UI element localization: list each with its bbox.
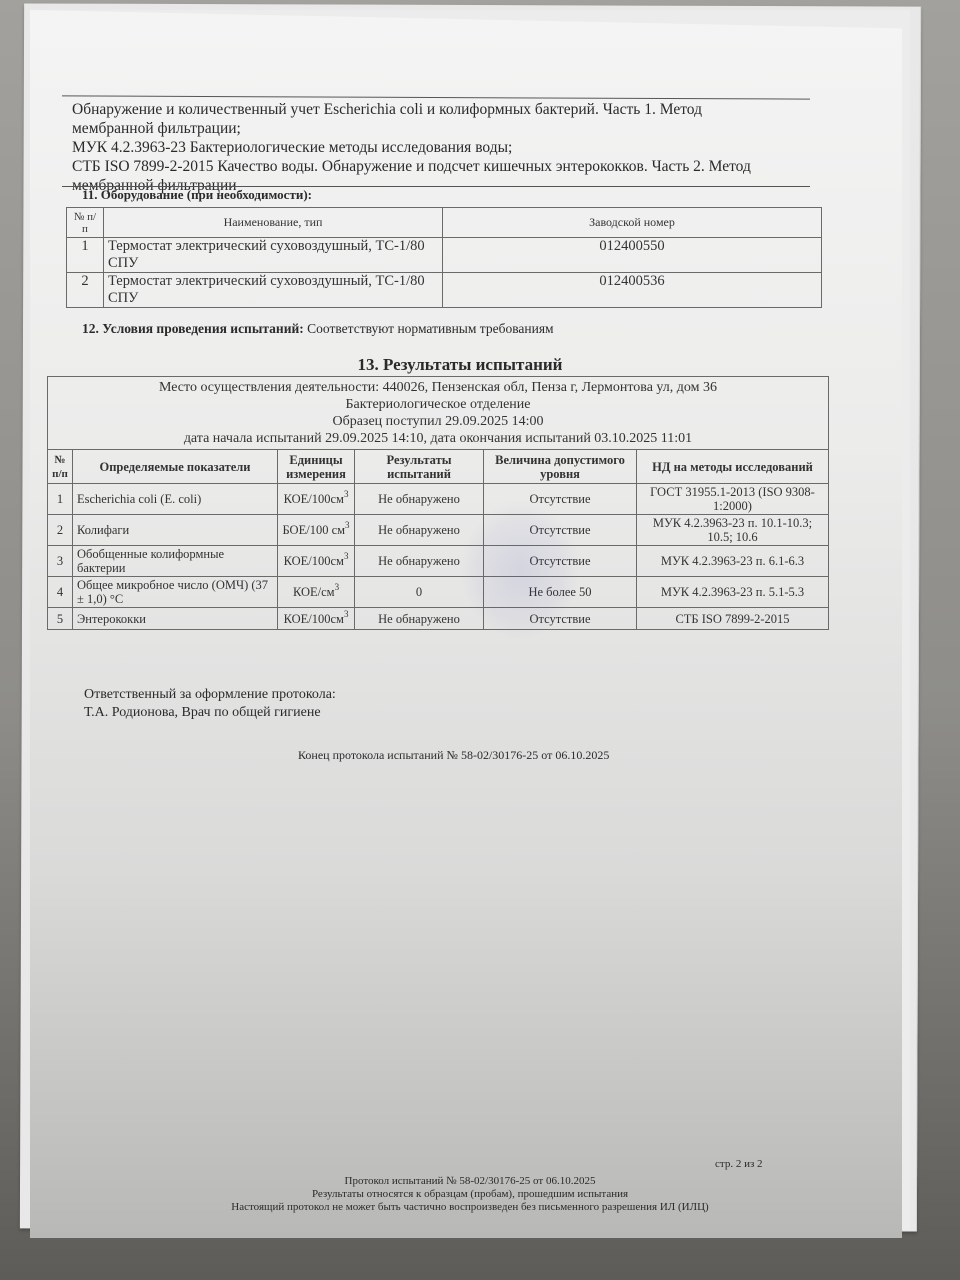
row-method: МУК 4.2.3963-23 п. 10.1-10.3; 10.5; 10.6 <box>637 515 829 546</box>
footer-note-1: Результаты относятся к образцам (пробам)… <box>30 1188 910 1201</box>
row-unit: КОЕ/100см3 <box>278 484 355 515</box>
row-method: СТБ ISO 7899-2-2015 <box>637 608 829 630</box>
methods-line-1: Обнаружение и количественный учет Escher… <box>72 100 772 138</box>
row-unit: КОЕ/100см3 <box>278 608 355 630</box>
eq-serial: 012400536 <box>443 273 822 308</box>
table-row: 3 Обобщенные колиформные бактерии КОЕ/10… <box>48 546 829 577</box>
row-indicator: Энтерококки <box>73 608 278 630</box>
row-limit: Отсутствие <box>484 546 637 577</box>
info-sample-received: Образец поступил 29.09.2025 14:00 <box>52 413 824 430</box>
conditions-label: 12. Условия проведения испытаний: <box>82 321 304 336</box>
results-info: Место осуществления деятельности: 440026… <box>48 377 829 450</box>
row-unit: БОЕ/100 см3 <box>278 515 355 546</box>
row-unit: КОЕ/100см3 <box>278 546 355 577</box>
info-department: Бактериологическое отделение <box>52 396 824 413</box>
row-limit: Не более 50 <box>484 577 637 608</box>
eq-serial: 012400550 <box>443 238 822 273</box>
responsible-person: Т.А. Родионова, Врач по общей гигиене <box>84 703 321 722</box>
row-result: Не обнаружено <box>355 546 484 577</box>
eq-num: 1 <box>67 238 104 273</box>
table-row: 1 Escherichia coli (E. coli) КОЕ/100см3 … <box>48 484 829 515</box>
col-name: Наименование, тип <box>104 208 443 238</box>
row-method: МУК 4.2.3963-23 п. 6.1-6.3 <box>637 546 829 577</box>
col-unit: Единицы измерения <box>278 450 355 484</box>
row-result: Не обнаружено <box>355 608 484 630</box>
conditions-value: Соответствуют нормативным требованиям <box>307 321 553 336</box>
row-limit: Отсутствие <box>484 515 637 546</box>
table-row: 2 Термостат электрический суховоздушный,… <box>67 273 822 308</box>
info-test-dates: дата начала испытаний 29.09.2025 14:10, … <box>52 430 824 447</box>
table-row: 4 Общее микробное число (ОМЧ) (37 ± 1,0)… <box>48 577 829 608</box>
responsible-label: Ответственный за оформление протокола: <box>84 685 336 704</box>
top-rule <box>62 95 810 99</box>
col-num: № п/п <box>48 450 73 484</box>
row-method: МУК 4.2.3963-23 п. 5.1-5.3 <box>637 577 829 608</box>
end-note: Конец протокола испытаний № 58-02/30176-… <box>298 746 609 765</box>
row-num: 3 <box>48 546 73 577</box>
row-limit: Отсутствие <box>484 484 637 515</box>
table-row: 2 Колифаги БОЕ/100 см3 Не обнаружено Отс… <box>48 515 829 546</box>
row-indicator: Escherichia coli (E. coli) <box>73 484 278 515</box>
col-num: № п/п <box>67 208 104 238</box>
equipment-table: № п/п Наименование, тип Заводской номер … <box>66 207 822 308</box>
document-page: Обнаружение и количественный учет Escher… <box>30 10 902 1238</box>
table-row: 5 Энтерококки КОЕ/100см3 Не обнаружено О… <box>48 608 829 630</box>
col-method: НД на методы исследований <box>637 450 829 484</box>
row-method: ГОСТ 31955.1-2013 (ISO 9308-1:2000) <box>637 484 829 515</box>
row-limit: Отсутствие <box>484 608 637 630</box>
eq-name: Термостат электрический суховоздушный, Т… <box>104 238 443 273</box>
row-result: Не обнаружено <box>355 515 484 546</box>
eq-name: Термостат электрический суховоздушный, Т… <box>104 273 443 308</box>
page-number: стр. 2 из 2 <box>715 1158 763 1171</box>
table-row: 1 Термостат электрический суховоздушный,… <box>67 238 822 273</box>
conditions: 12. Условия проведения испытаний: Соотве… <box>82 319 554 338</box>
col-limit: Величина допустимого уровня <box>484 450 637 484</box>
row-indicator: Обобщенные колиформные бактерии <box>73 546 278 577</box>
results-title: 13. Результаты испытаний <box>30 355 890 374</box>
row-num: 4 <box>48 577 73 608</box>
row-num: 2 <box>48 515 73 546</box>
row-indicator: Общее микробное число (ОМЧ) (37 ± 1,0) °… <box>73 577 278 608</box>
equipment-heading: 11. Оборудование (при необходимости): <box>82 185 312 204</box>
col-indicator: Определяемые показатели <box>73 450 278 484</box>
row-indicator: Колифаги <box>73 515 278 546</box>
footer-note-2: Настоящий протокол не может быть частичн… <box>30 1201 910 1214</box>
col-result: Результаты испытаний <box>355 450 484 484</box>
row-result: Не обнаружено <box>355 484 484 515</box>
eq-num: 2 <box>67 273 104 308</box>
footer-protocol: Протокол испытаний № 58-02/30176-25 от 0… <box>30 1175 910 1188</box>
row-num: 5 <box>48 608 73 630</box>
col-serial: Заводской номер <box>443 208 822 238</box>
row-unit: КОЕ/см3 <box>278 577 355 608</box>
results-table: Место осуществления деятельности: 440026… <box>47 376 829 630</box>
methods-line-2: МУК 4.2.3963-23 Бактериологические метод… <box>72 138 792 157</box>
row-num: 1 <box>48 484 73 515</box>
row-result: 0 <box>355 577 484 608</box>
info-location: Место осуществления деятельности: 440026… <box>52 379 824 396</box>
